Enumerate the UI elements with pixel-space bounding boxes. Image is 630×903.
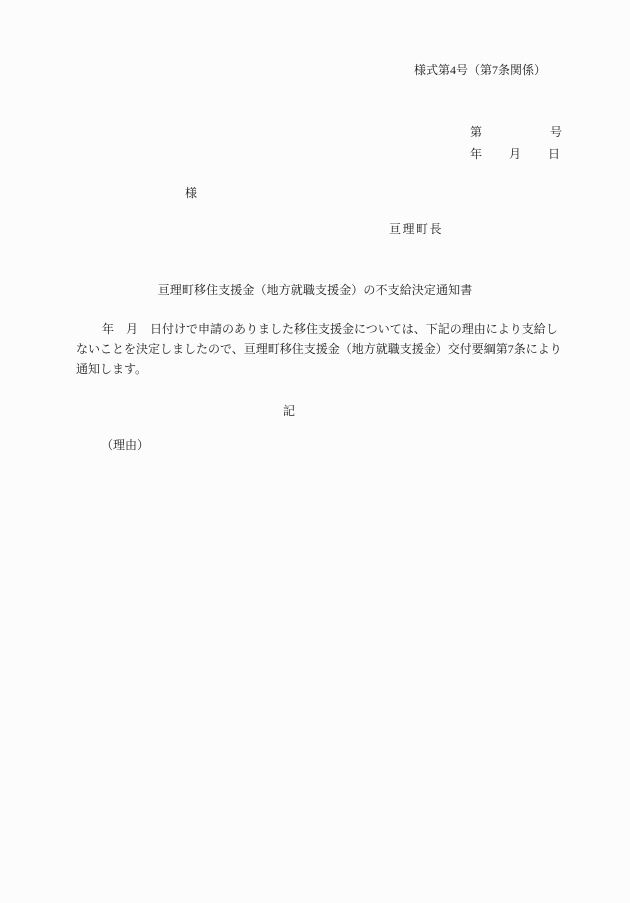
date-month-label: 月 [509,147,521,162]
document-number-line: 第 号 [470,125,562,140]
body-paragraph: 年 月 日付けで申請のありました移住支援金については、下記の理由により支給し な… [76,319,558,379]
date-day-label: 日 [548,147,560,162]
document-title: 亘理町移住支援金（地方就職支援金）の不支給決定通知書 [0,283,630,298]
date-year-label: 年 [470,147,482,162]
addressee-honorific: 様 [185,186,197,201]
body-line: 通知します。 [76,359,558,379]
document-page: 様式第4号（第7条関係） 第 号 年 月 日 様 亘理町長 亘理町移住支援金（地… [0,0,630,903]
doc-number-prefix: 第 [470,125,482,140]
reason-label: （理由） [101,438,149,453]
date-line: 年 月 日 [470,147,560,162]
form-number-note: 様式第4号（第7条関係） [414,63,546,78]
body-line: 年 月 日付けで申請のありました移住支援金については、下記の理由により支給し [76,319,558,339]
body-line: ないことを決定しましたので、亘理町移住支援金（地方就職支援金）交付要綱第7条によ… [76,339,558,359]
doc-number-suffix: 号 [550,125,562,140]
sender-title: 亘理町長 [389,222,443,237]
record-marker: 記 [283,404,295,419]
